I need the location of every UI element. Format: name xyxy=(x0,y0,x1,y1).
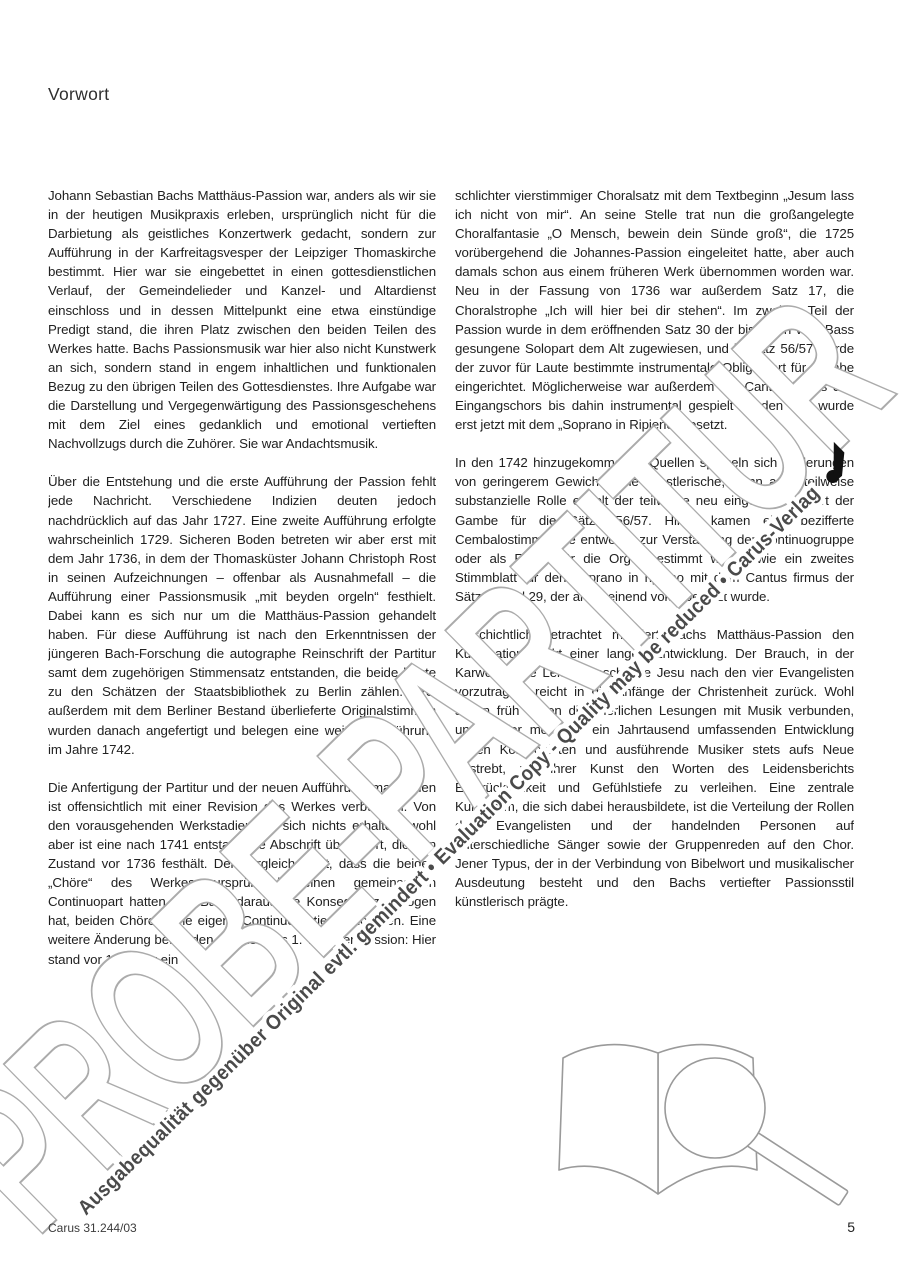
footer-edition-number: Carus 31.244/03 xyxy=(48,1221,137,1235)
footer-page-number: 5 xyxy=(847,1219,855,1235)
document-page: Vorwort Johann Sebastian Bachs Matthäus-… xyxy=(0,0,900,1284)
paragraph-left-1: Johann Sebastian Bachs Matthäus-Passion … xyxy=(48,186,436,453)
text-column-right: schlichter vierstimmiger Choralsatz mit … xyxy=(455,186,854,1206)
paragraph-right-1: schlichter vierstimmiger Choralsatz mit … xyxy=(455,186,854,434)
paragraph-left-2: Über die Entstehung und die erste Auffüh… xyxy=(48,472,436,758)
text-column-left: Johann Sebastian Bachs Matthäus-Passion … xyxy=(48,186,436,1206)
page-title: Vorwort xyxy=(48,84,109,105)
paragraph-left-3: Die Anfertigung der Partitur und der neu… xyxy=(48,778,436,969)
paragraph-right-2: In den 1742 hinzugekommenen Quellen spie… xyxy=(455,453,854,606)
paragraph-right-3: Geschichtlich betrachtet markiert Bachs … xyxy=(455,625,854,911)
